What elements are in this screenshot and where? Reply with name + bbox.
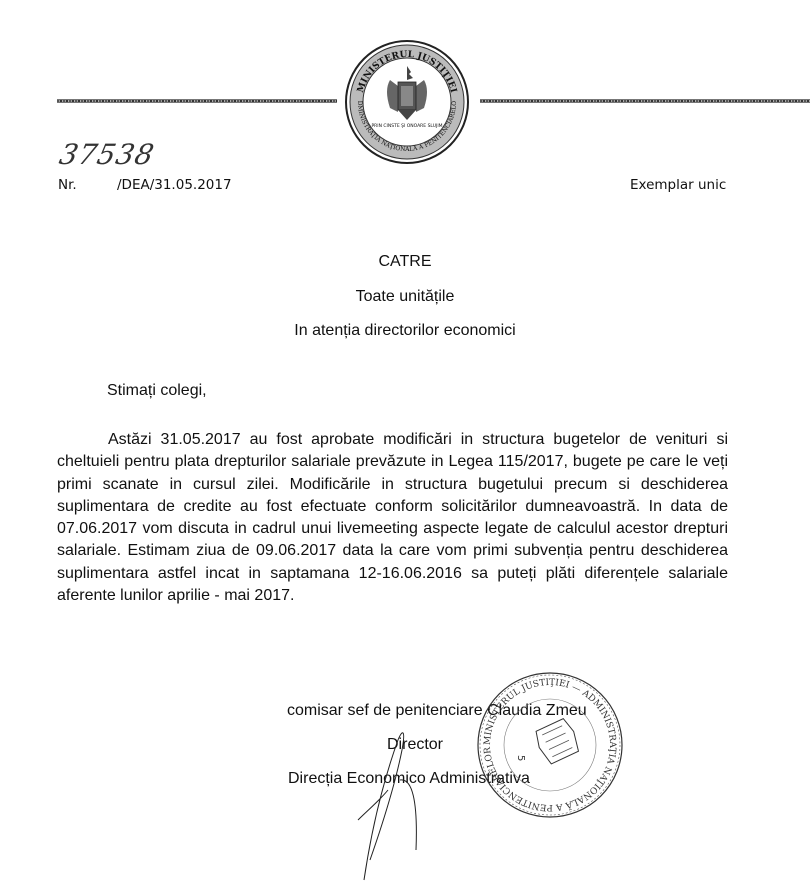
copy-note: Exemplar unic [630, 177, 726, 193]
document-page: MINISTERUL JUSTIŢIEI ADMINISTRAŢIA NAŢIO… [0, 0, 810, 894]
official-stamp-icon: MINISTERUL JUSTIŢIEI — ADMINISTRAŢIA NAŢ… [470, 660, 630, 830]
svg-text:MINISTERUL JUSTIŢIEI — ADMINIS: MINISTERUL JUSTIŢIEI — ADMINISTRAŢIA NAŢ… [483, 678, 617, 812]
addressee-heading: CATRE [0, 253, 810, 271]
addressee-attention: In atenția directorilor economici [0, 322, 810, 340]
svg-text:5: 5 [515, 755, 526, 761]
letter-body: Astăzi 31.05.2017 au fost aprobate modif… [57, 429, 728, 607]
handwritten-signature-icon [340, 720, 460, 894]
header-rule-right [480, 99, 810, 103]
ministry-emblem-icon: MINISTERUL JUSTIŢIEI ADMINISTRAŢIA NAŢIO… [342, 40, 472, 165]
header-rule-left [57, 99, 337, 103]
document-number: /DEA/31.05.2017 [117, 177, 232, 193]
number-label: Nr. [58, 177, 77, 193]
addressee-recipients: Toate unitățile [0, 288, 810, 306]
registration-number-handwritten: 37538 [56, 138, 157, 171]
salutation: Stimați colegi, [107, 382, 207, 400]
svg-text:PRIN CINSTE ŞI ONOARE SLUJIM: PRIN CINSTE ŞI ONOARE SLUJIM [371, 123, 442, 129]
